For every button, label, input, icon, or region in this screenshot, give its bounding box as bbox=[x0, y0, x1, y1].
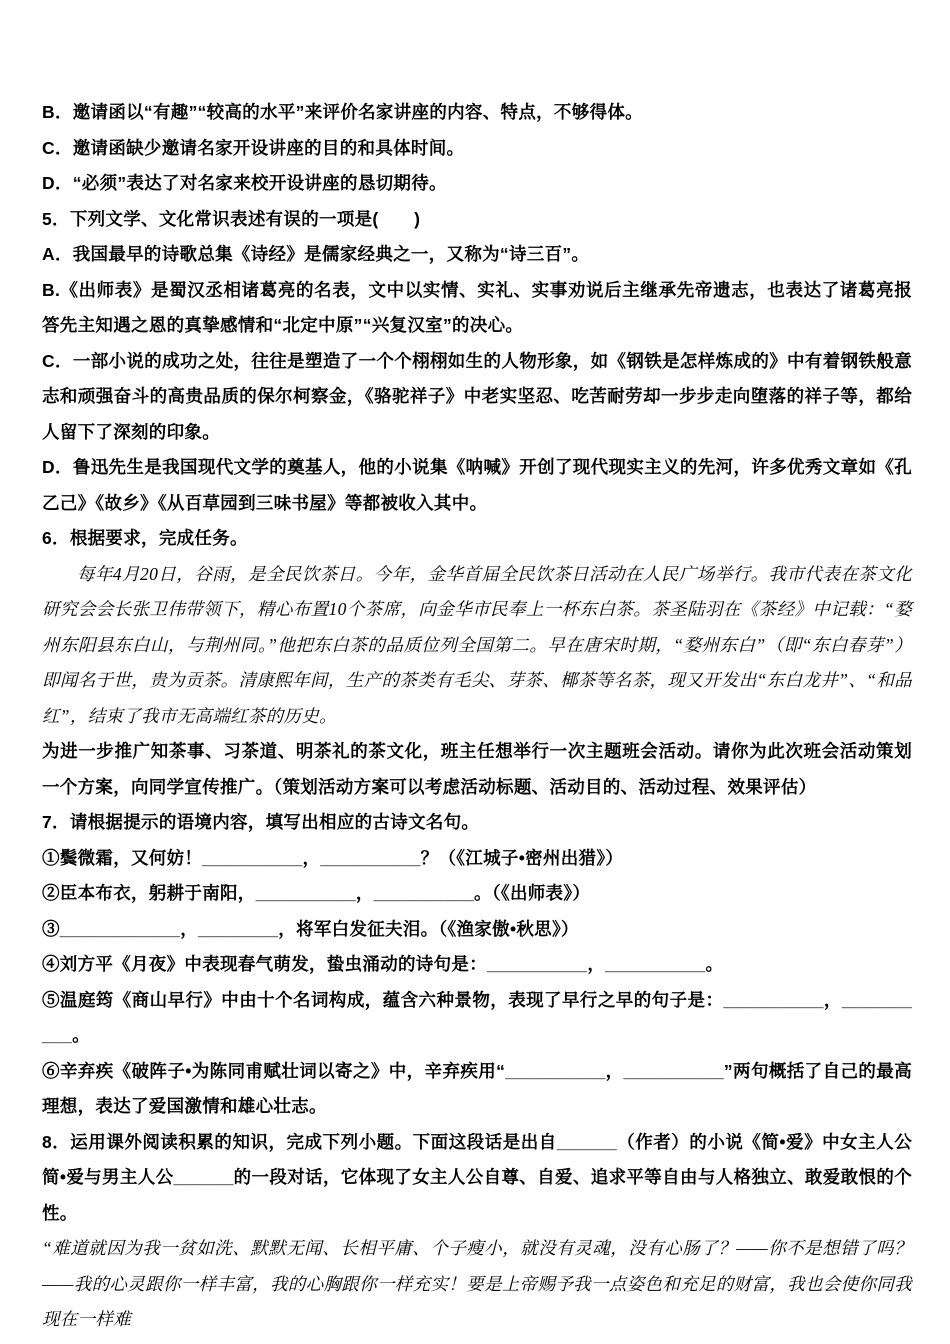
q4-option-d: D．“必须”表达了对名家来校开设讲座的恳切期待。 bbox=[42, 166, 912, 202]
q7-item-6: ⑥辛弃疾《破阵子•为陈同甫赋壮词以寄之》中，辛弃疾用“__________，__… bbox=[42, 1054, 912, 1125]
q5-option-a: A．我国最早的诗歌总集《诗经》是儒家经典之一，又称为“诗三百”。 bbox=[42, 237, 912, 273]
q7-stem: 7．请根据提示的语境内容，填写出相应的古诗文名句。 bbox=[42, 805, 912, 841]
q6-passage: 每年4月20日，谷雨，是全民饮茶日。今年，金华首届全民饮茶日活动在人民广场举行。… bbox=[42, 557, 912, 735]
q7-item-1: ①鬓微霜，又何妨！__________，__________？（《江城子•密州出… bbox=[42, 841, 912, 877]
q6-stem: 6．根据要求，完成任务。 bbox=[42, 521, 912, 557]
q7-item-4: ④刘方平《月夜》中表现春气萌发，蛰虫涌动的诗句是：__________，____… bbox=[42, 947, 912, 983]
q7-item-2: ②臣本布衣，躬耕于南阳，__________，__________。（《出师表》… bbox=[42, 876, 912, 912]
q4-option-b: B．邀请函以“有趣”“较高的水平”来评价名家讲座的内容、特点，不够得体。 bbox=[42, 95, 912, 131]
q7-item-5: ⑤温庭筠《商山早行》中由十个名词构成，蕴含六种景物，表现了早行之早的句子是：__… bbox=[42, 983, 912, 1054]
q5-stem: 5．下列文学、文化常识表述有误的一项是( ) bbox=[42, 202, 912, 238]
q5-option-c: C．一部小说的成功之处，往往是塑造了一个个栩栩如生的人物形象，如《钢铁是怎样炼成… bbox=[42, 344, 912, 451]
q8-stem: 8．运用课外阅读积累的知识，完成下列小题。下面这段话是出自______（作者）的… bbox=[42, 1125, 912, 1232]
q5-option-d: D．鲁迅先生是我国现代文学的奠基人，他的小说集《呐喊》开创了现代现实主义的先河，… bbox=[42, 450, 912, 521]
q4-option-c: C．邀请函缺少邀请名家开设讲座的目的和具体时间。 bbox=[42, 131, 912, 167]
q7-item-3: ③____________，________，将军白发征夫泪。（《渔家傲•秋思》… bbox=[42, 912, 912, 948]
q5-option-b: B.《出师表》是蜀汉丞相诸葛亮的名表，文中以实情、实礼、实事劝说后主继承先帝遗志… bbox=[42, 273, 912, 344]
exam-page: B．邀请函以“有趣”“较高的水平”来评价名家讲座的内容、特点，不够得体。 C．邀… bbox=[0, 0, 950, 1344]
q6-task: 为进一步推广知茶事、习茶道、明茶礼的茶文化，班主任想举行一次主题班会活动。请你为… bbox=[42, 734, 912, 805]
q8-quote: “难道就因为我一贫如洗、默默无闻、长相平庸、个子瘦小，就没有灵魂，没有心肠了？—… bbox=[42, 1231, 912, 1338]
